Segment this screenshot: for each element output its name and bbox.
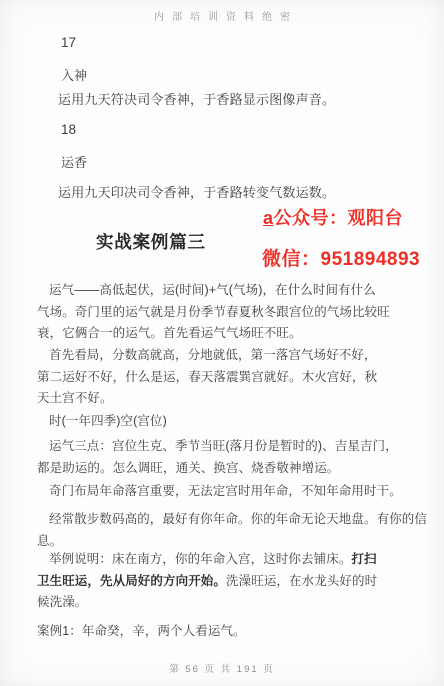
method-number-17: 17 bbox=[61, 35, 76, 50]
case-1-line: 案例1：年命癸，辛，两个人看运气。 bbox=[37, 621, 439, 643]
promo-wechat-line: 微信：951894893 bbox=[262, 244, 420, 271]
section-title: 实战案例篇三 bbox=[96, 229, 206, 254]
document-page: 内部培训资料绝密 17 入神 运用九天符决司令香神，于香路显示图像声音。 18 … bbox=[0, 0, 444, 686]
paragraph-three-points: 运气三点：宫位生克、季节当旺(落月份是暂时的)、吉星吉门， 都是助运的。怎么调旺… bbox=[37, 436, 439, 479]
promo-account-line: a公众号：观阳台 bbox=[263, 204, 403, 230]
paragraph-year-fate: 奇门布局年命落宫重要，无法定宫时用年命，不知年命用时干。 bbox=[37, 481, 439, 503]
promo-account-text: 公众号：观阳台 bbox=[274, 208, 404, 228]
method-number-18: 18 bbox=[61, 122, 76, 137]
example-normal-1: 举例说明：床在南方，你的年命入宫，这时你去铺床。 bbox=[49, 552, 351, 566]
method-desc-17: 运用九天符决司令香神，于香路显示图像声音。 bbox=[58, 89, 335, 108]
paragraph-example: 举例说明：床在南方，你的年命入宫，这时你去铺床。打扫 卫生旺运，先从局好的方向开… bbox=[37, 549, 439, 614]
method-desc-18: 运用九天印决司令香神，于香路转变气数运数。 bbox=[58, 182, 335, 201]
method-title-17: 入神 bbox=[61, 65, 87, 84]
promo-account-prefix: a bbox=[263, 208, 274, 228]
paragraph-luck-intro: 运气——高低起伏，运(时间)+气(气场)，在什么时间有什么 气场。奇门里的运气就… bbox=[37, 280, 439, 345]
paragraph-first-look: 首先看局，分数高就高，分地就低，第一落宫气场好不好， 第二运好不好，什么是运，春… bbox=[37, 345, 439, 410]
confidential-watermark: 内部培训资料绝密 bbox=[0, 8, 444, 23]
paragraph-walk: 经常散步数码高的，最好有你年命。你的年命无论天地盘。有你的信息。 bbox=[37, 509, 439, 552]
method-title-18: 运香 bbox=[61, 152, 87, 171]
line-time-space: 时(一年四季)空(宫位) bbox=[37, 411, 439, 433]
page-footer: 第 56 页 共 191 页 bbox=[0, 661, 444, 675]
